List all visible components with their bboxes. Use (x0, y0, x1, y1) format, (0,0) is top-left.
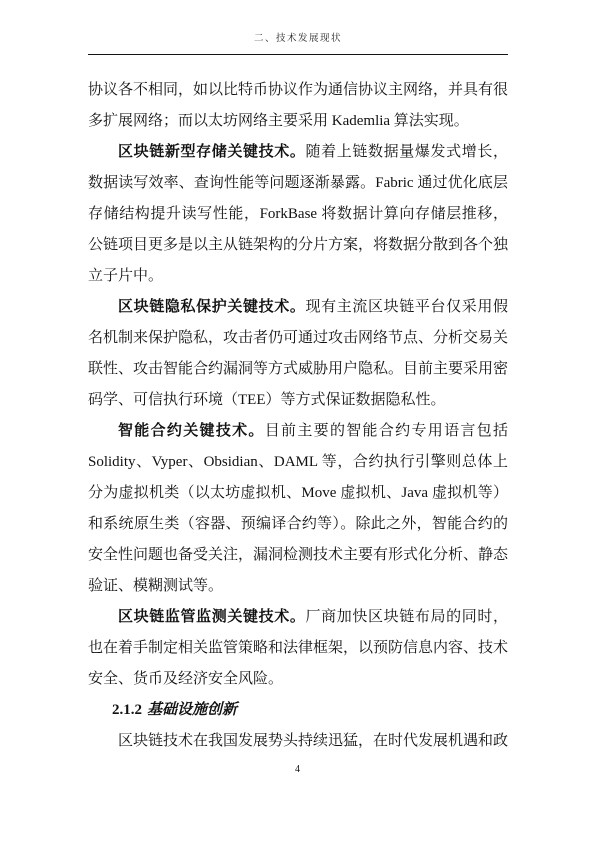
paragraph-privacy-tech: 区块链隐私保护关键技术。现有主流区块链平台仅采用假名机制来保护隐私，攻击者仍可通… (88, 292, 508, 416)
paragraph-storage-tech: 区块链新型存储关键技术。随着上链数据量爆发式增长，数据读写效率、查询性能等问题逐… (88, 137, 508, 292)
section-heading-number: 2.1.2 (112, 702, 142, 718)
paragraph-network-protocols: 协议各不相同，如以比特币协议作为通信协议主网络，并具有很多扩展网络；而以太坊网络… (88, 75, 508, 137)
paragraph-lead: 区块链隐私保护关键技术。 (118, 299, 306, 315)
paragraph-text: 区块链技术在我国发展势头持续迅猛，在时代发展机遇和政 (118, 733, 508, 749)
document-page: 二、技术发展现状 协议各不相同，如以比特币协议作为通信协议主网络，并具有很多扩展… (0, 0, 595, 842)
paragraph-smart-contract-tech: 智能合约关键技术。目前主要的智能合约专用语言包括 Solidity、Vyper、… (88, 416, 508, 602)
paragraph-infrastructure-intro: 区块链技术在我国发展势头持续迅猛，在时代发展机遇和政 (88, 726, 508, 757)
paragraph-text: 现有主流区块链平台仅采用假名机制来保护隐私，攻击者仍可通过攻击网络节点、分析交易… (88, 299, 508, 408)
section-heading-title: 基础设施创新 (147, 702, 237, 718)
page-footer: 4 (0, 763, 595, 777)
paragraph-lead: 区块链新型存储关键技术。 (118, 144, 306, 160)
paragraph-text: 协议各不相同，如以比特币协议作为通信协议主网络，并具有很多扩展网络；而以太坊网络… (88, 82, 508, 129)
paragraph-text: 随着上链数据量爆发式增长，数据读写效率、查询性能等问题逐渐暴露。Fabric 通… (88, 144, 508, 284)
running-header-title: 二、技术发展现状 (254, 34, 342, 44)
running-header: 二、技术发展现状 (88, 33, 508, 55)
page-body: 协议各不相同，如以比特币协议作为通信协议主网络，并具有很多扩展网络；而以太坊网络… (88, 75, 508, 757)
paragraph-text: 目前主要的智能合约专用语言包括 Solidity、Vyper、Obsidian、… (88, 423, 508, 594)
section-heading: 2.1.2基础设施创新 (88, 695, 508, 726)
paragraph-regulation-tech: 区块链监管监测关键技术。厂商加快区块链布局的同时，也在着手制定相关监管策略和法律… (88, 602, 508, 695)
page-number: 4 (295, 764, 300, 775)
paragraph-lead: 区块链监管监测关键技术。 (118, 609, 306, 625)
paragraph-lead: 智能合约关键技术。 (118, 423, 265, 439)
